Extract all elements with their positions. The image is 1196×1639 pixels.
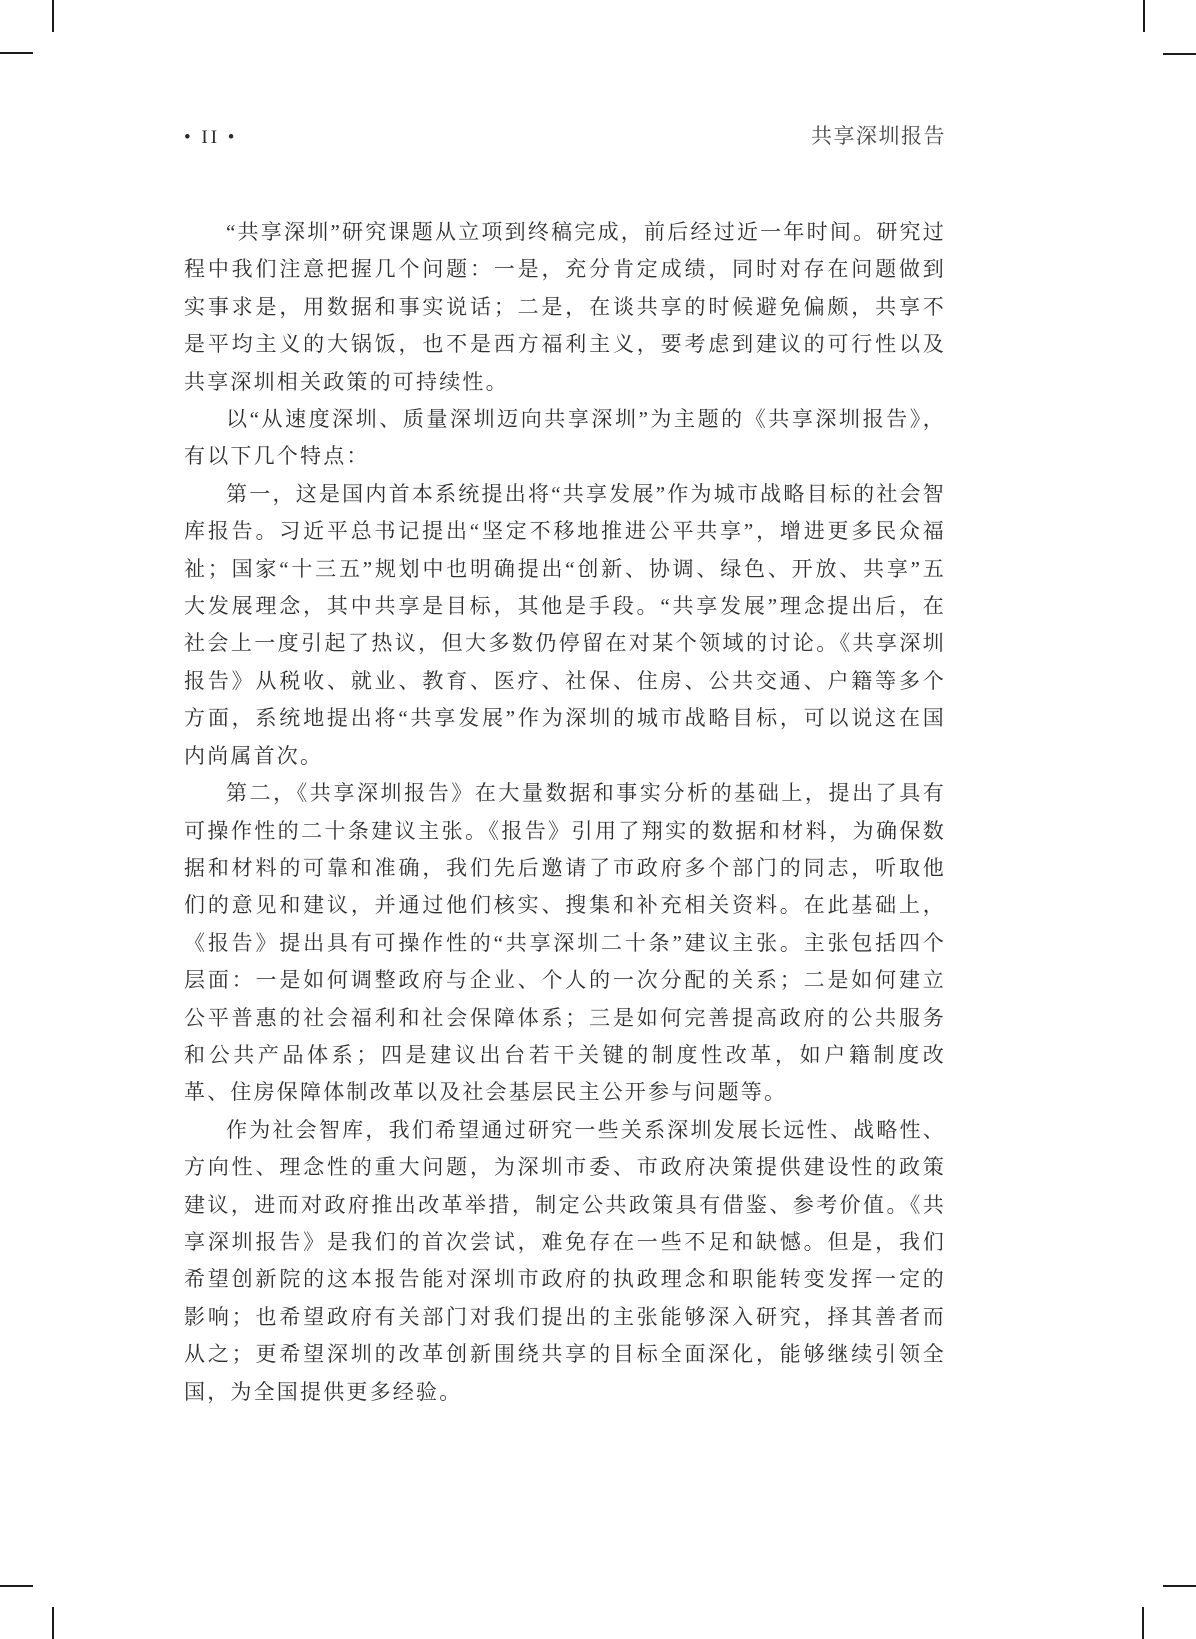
running-title: 共享深圳报告 [811, 120, 946, 150]
crop-mark-bottom-left-horizontal [0, 1585, 33, 1587]
paragraph: “共享深圳”研究课题从立项到终稿完成，前后经过近一年时间。研究过程中我们注意把握… [184, 214, 946, 401]
crop-mark-top-right-horizontal [1163, 53, 1196, 55]
paragraph: 第一，这是国内首本系统提出将“共享发展”作为城市战略目标的社会智库报告。习近平总… [184, 476, 946, 775]
paragraph: 以“从速度深圳、质量深圳迈向共享深圳”为主题的《共享深圳报告》，有以下几个特点： [184, 401, 946, 476]
crop-mark-top-left-vertical [52, 0, 54, 32]
crop-mark-top-left-horizontal [0, 52, 33, 54]
running-header: • II • 共享深圳报告 [184, 120, 946, 150]
crop-mark-top-right-vertical [1143, 0, 1145, 32]
page-number: • II • [184, 127, 237, 149]
body-text: “共享深圳”研究课题从立项到终稿完成，前后经过近一年时间。研究过程中我们注意把握… [184, 214, 946, 1411]
crop-mark-bottom-right-vertical [1142, 1607, 1144, 1639]
paragraph: 作为社会智库，我们希望通过研究一些关系深圳发展长远性、战略性、方向性、理念性的重… [184, 1112, 946, 1411]
crop-mark-bottom-right-horizontal [1163, 1585, 1196, 1587]
book-page: { "page": { "header": { "page_number": "… [0, 0, 1196, 1639]
paragraph: 第二，《共享深圳报告》在大量数据和事实分析的基础上，提出了具有可操作性的二十条建… [184, 775, 946, 1112]
crop-mark-bottom-left-vertical [52, 1607, 54, 1639]
